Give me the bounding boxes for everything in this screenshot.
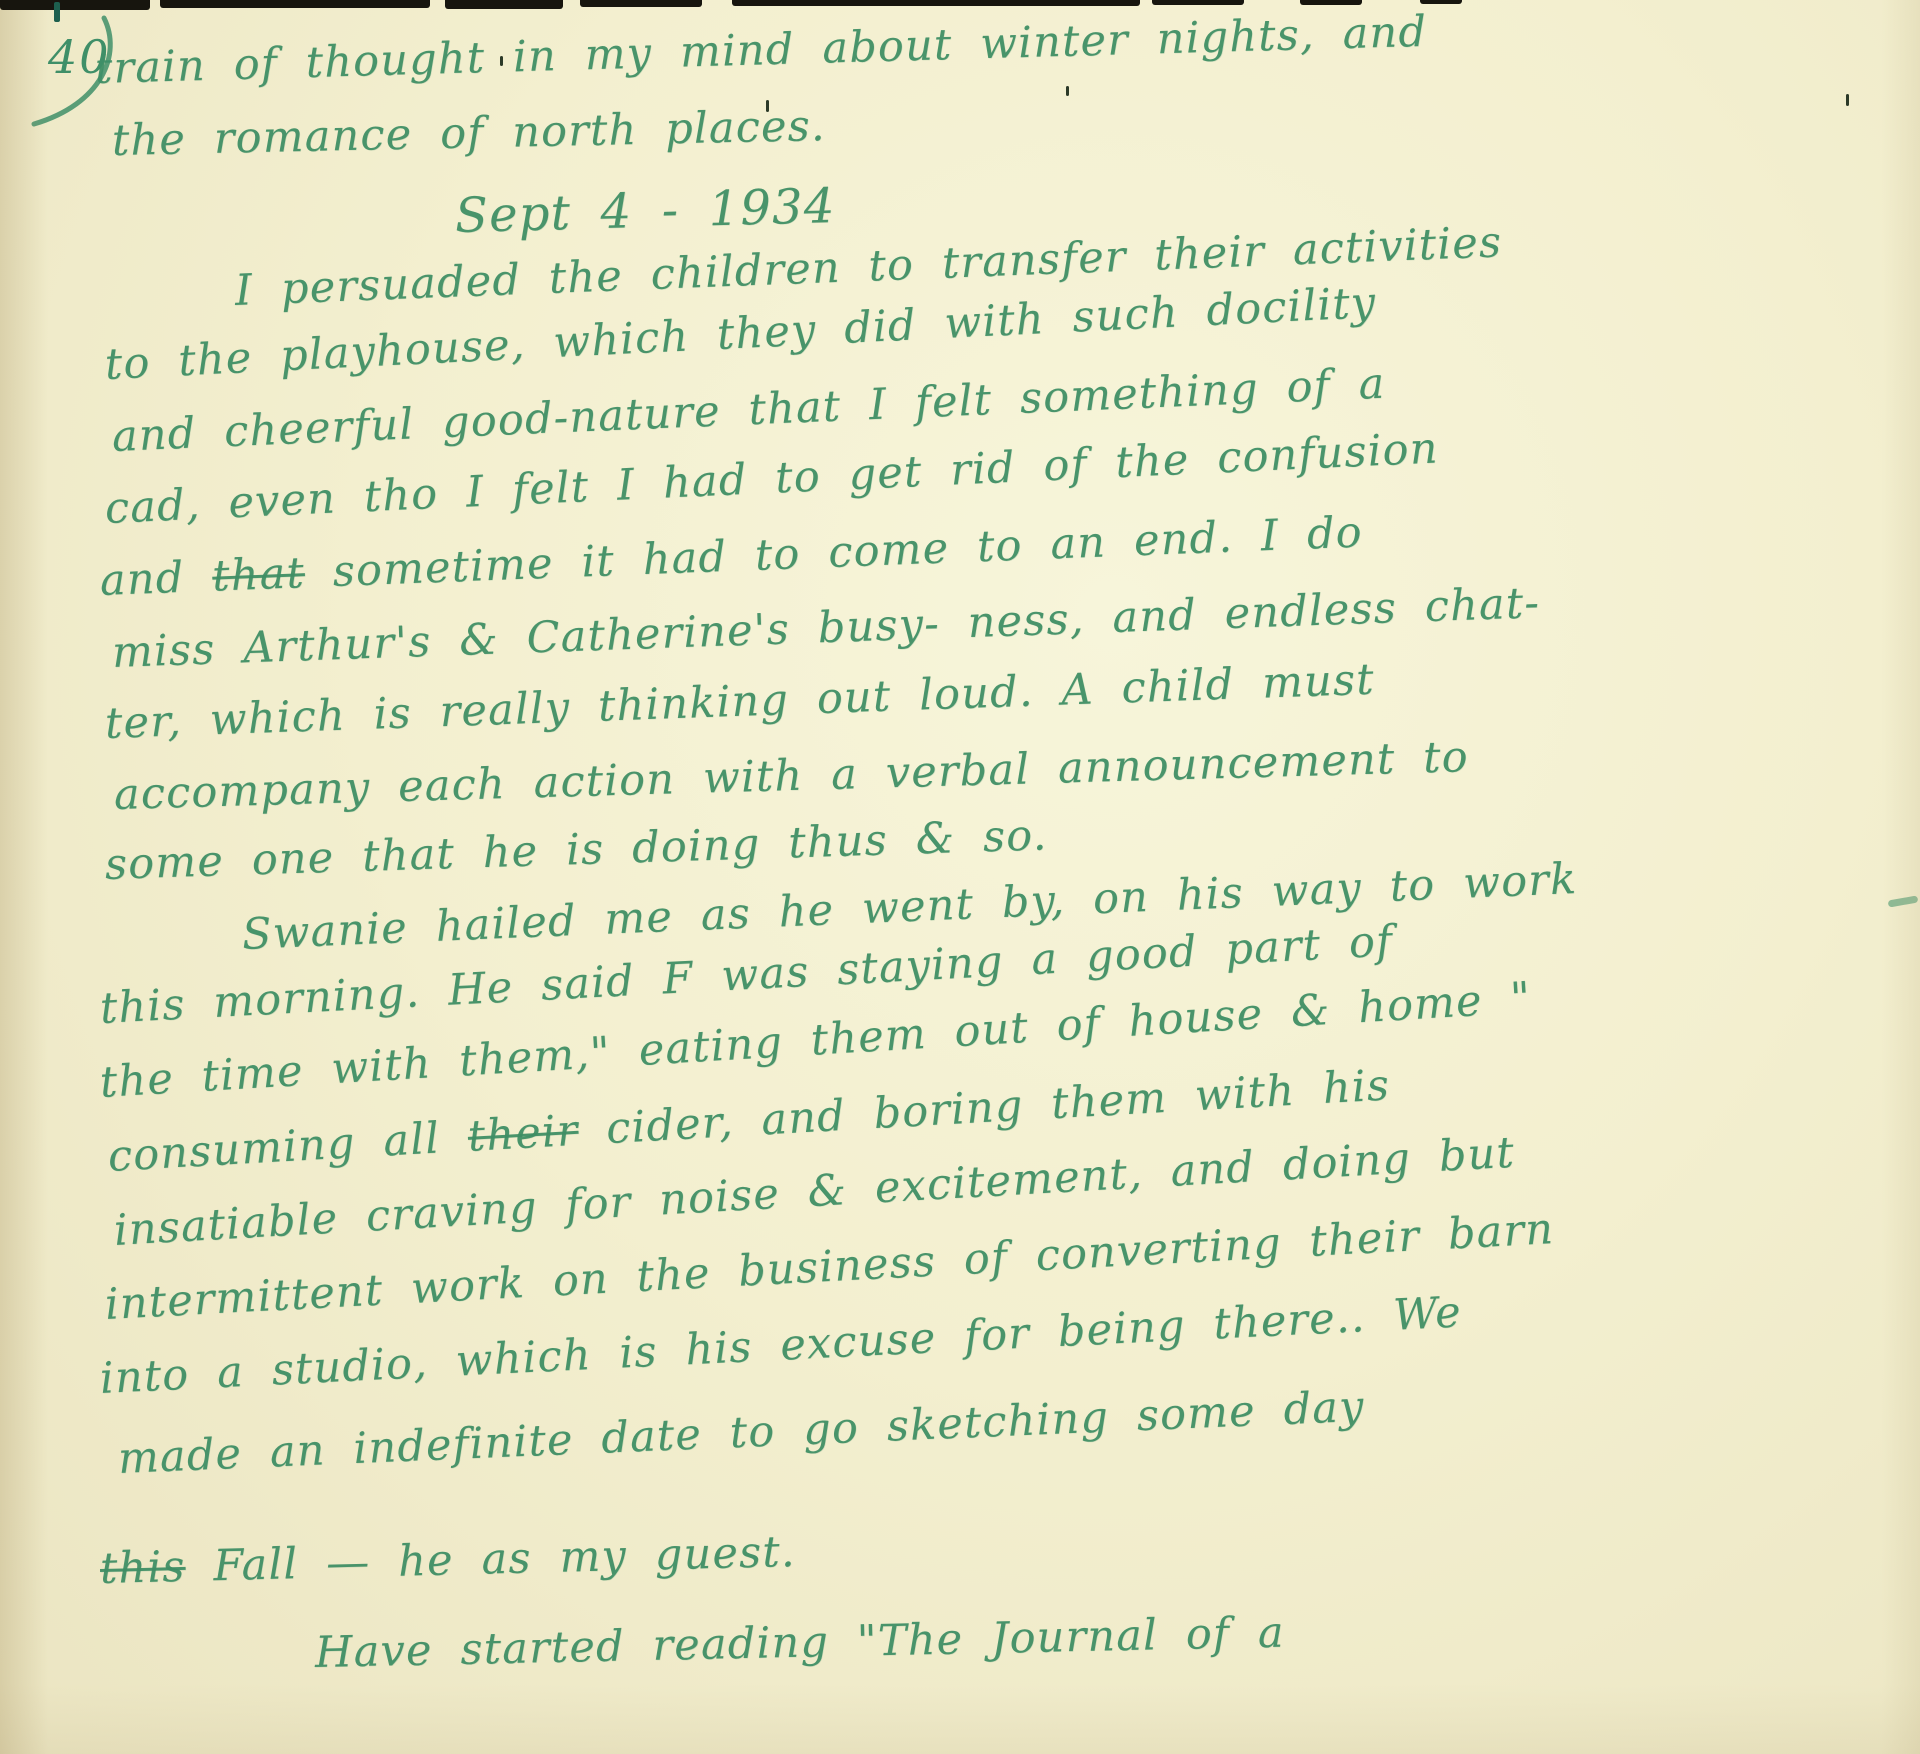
handwritten-text: Have started reading "The Journal of a	[314, 1608, 1285, 1678]
scan-edge-segment	[1420, 0, 1462, 4]
page-number: 40	[48, 30, 111, 84]
scan-edge-segment	[580, 0, 702, 7]
struck-word: their	[466, 1106, 579, 1162]
handwritten-line: the romance of north places.	[112, 105, 827, 163]
scan-edge-segment	[1152, 0, 1244, 5]
struck-word: this	[99, 1542, 186, 1594]
scan-edge-segment	[732, 0, 1140, 6]
handwritten-text: sometime it had to come to an end. I do	[304, 508, 1364, 599]
date-heading: Sept 4 - 1934	[454, 182, 836, 240]
handwritten-text: train of thought in my mind about winter…	[94, 7, 1427, 94]
struck-word: that	[211, 548, 306, 602]
handwritten-text: and	[99, 552, 213, 606]
handwriting-lines: train of thought in my mind about winter…	[0, 0, 1920, 1754]
scan-edge-segment	[160, 0, 430, 8]
handwritten-text: Sept 4 - 1934	[454, 178, 836, 244]
scan-speck	[1066, 86, 1069, 96]
handwritten-text: Fall — he as my guest.	[185, 1527, 796, 1592]
handwritten-line: made an indefinite date to go sketching …	[117, 1386, 1365, 1481]
handwritten-line: this Fall — he as my guest.	[99, 1531, 796, 1591]
scan-edge-segment	[1300, 0, 1362, 5]
scan-speck	[1846, 94, 1849, 106]
handwritten-text: the romance of north places.	[111, 101, 826, 166]
scan-edge-segment	[445, 0, 563, 9]
scan-speck	[500, 56, 503, 66]
handwritten-line: ter, which is really thinking out loud. …	[104, 659, 1375, 746]
handwritten-text: accompany each action with a verbal anno…	[113, 732, 1469, 820]
handwritten-text: made an indefinite date to go sketching …	[117, 1382, 1366, 1484]
handwritten-text: some one that he is doing thus & so.	[104, 810, 1048, 890]
scan-speck	[766, 100, 769, 112]
scan-edge-segment	[0, 0, 150, 10]
handwritten-line: accompany each action with a verbal anno…	[113, 736, 1469, 817]
page-number-mark: 40	[18, 12, 148, 142]
scan-speck	[54, 2, 60, 22]
scan-edge-artifact	[0, 0, 1920, 14]
handwritten-line: train of thought in my mind about winter…	[94, 11, 1427, 91]
diary-page: { "document": { "type": "handwritten-dia…	[0, 0, 1920, 1754]
handwritten-line: some one that he is doing thus & so.	[104, 814, 1048, 887]
handwritten-text: consuming all	[107, 1112, 470, 1182]
handwritten-line: Have started reading "The Journal of a	[315, 1612, 1286, 1675]
